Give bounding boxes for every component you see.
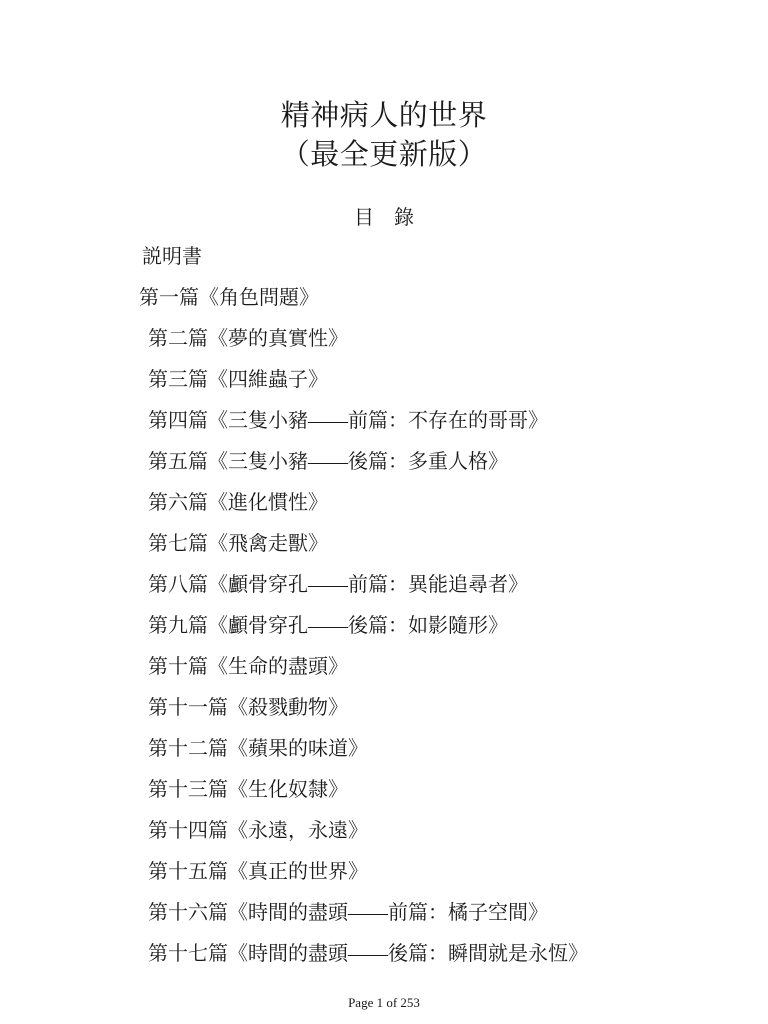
toc-item: 第十一篇《殺戮動物》 [139,697,738,719]
toc-item: 第五篇《三隻小豬——後篇：多重人格》 [139,451,738,473]
toc-item: 第十七篇《時間的盡頭——後篇：瞬間就是永恆》 [139,943,738,965]
title-line-2: （最全更新版） [0,136,768,175]
toc-item: 第十六篇《時間的盡頭——前篇：橘子空間》 [139,902,738,924]
toc-item: 第二篇《夢的真實性》 [139,328,738,350]
toc-item: 第七篇《飛禽走獸》 [139,533,738,555]
document-title: 精神病人的世界 （最全更新版） [0,0,768,175]
toc-heading: 目 錄 [0,205,768,231]
toc-item: 説明書 [139,246,738,268]
toc-item: 第十二篇《蘋果的味道》 [139,738,738,760]
toc-item: 第十三篇《生化奴隸》 [139,779,738,801]
toc-item: 第八篇《顱骨穿孔——前篇：異能追尋者》 [139,574,738,596]
toc-item: 第十五篇《真正的世界》 [139,861,738,883]
title-line-1: 精神病人的世界 [0,97,768,136]
toc-item: 第三篇《四維蟲子》 [139,369,738,391]
toc-item: 第六篇《進化慣性》 [139,492,738,514]
page-number-footer: Page 1 of 253 [0,995,768,1011]
toc-list: 説明書 第一篇《角色問題》 第二篇《夢的真實性》 第三篇《四維蟲子》 第四篇《三… [139,246,738,965]
toc-item: 第十四篇《永遠，永遠》 [139,820,738,842]
toc-item: 第十篇《生命的盡頭》 [139,656,738,678]
toc-item: 第四篇《三隻小豬——前篇：不存在的哥哥》 [139,410,738,432]
toc-item: 第九篇《顱骨穿孔——後篇：如影隨形》 [139,615,738,637]
toc-item: 第一篇《角色問題》 [139,287,738,309]
document-page: 精神病人的世界 （最全更新版） 目 錄 説明書 第一篇《角色問題》 第二篇《夢的… [0,0,768,1024]
